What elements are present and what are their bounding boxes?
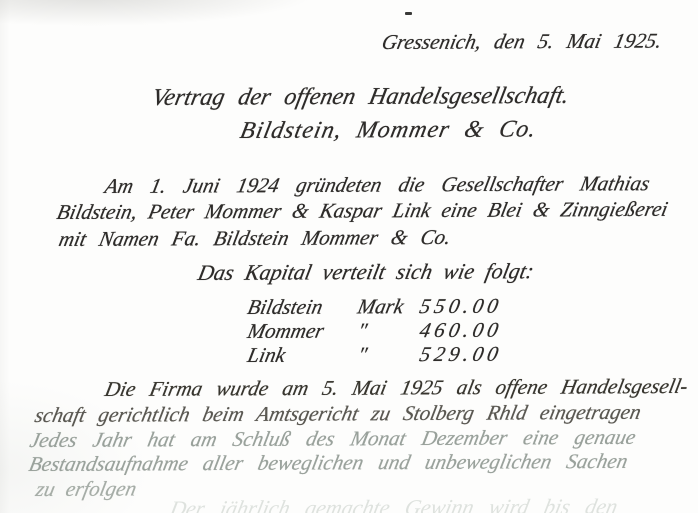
paragraph2-line5: zu erfolgen: [34, 478, 138, 500]
capital-heading: Das Kapital verteilt sich wie folgt:: [196, 260, 536, 284]
paragraph1-line2: Bildstein, Peter Mommer & Kaspar Link ei…: [55, 199, 670, 223]
partner-name: Mommer: [246, 321, 326, 342]
scan-artifact-dash: [405, 12, 412, 15]
partner-name: Link: [246, 345, 288, 366]
paragraph2-line2: schaft gerichtlich beim Amtsgericht zu S…: [33, 402, 643, 426]
document-title-line-1: Vertrag der offenen Handelsgesellschaft.: [150, 84, 571, 110]
currency-label: Mark: [356, 296, 406, 317]
paragraph1-line3: mit Namen Fa. Bildstein Mommer & Co.: [57, 227, 453, 250]
currency-ditto-mark: ": [356, 344, 369, 365]
scanned-handwritten-contract: Gressenich, den 5. Mai 1925. Vertrag der…: [0, 0, 698, 513]
amount-value: 550.00: [418, 296, 504, 317]
capital-table-row: Link " 529.00: [245, 344, 530, 369]
partner-name: Bildstein: [246, 297, 325, 318]
paragraph1-line1: Am 1. Juni 1924 gründeten die Gesellscha…: [103, 173, 652, 197]
amount-value: 529.00: [418, 344, 504, 365]
amount-value: 460.00: [418, 320, 504, 341]
paragraph2-line3: Jedes Jahr hat am Schluß des Monat Dezem…: [28, 427, 638, 451]
currency-ditto-mark: ": [356, 320, 369, 341]
date-line: Gressenich, den 5. Mai 1925.: [380, 31, 664, 53]
paragraph2-line4: Bestandsaufnahme aller beweglichen und u…: [27, 451, 630, 475]
faded-bottom-line: Der jährlich gemachte Gewinn wird bis de…: [168, 496, 620, 513]
document-title-line-2: Bildstein, Mommer & Co.: [238, 117, 539, 143]
paragraph2-line1: Die Firma wurde am 5. Mai 1925 als offen…: [103, 376, 690, 400]
